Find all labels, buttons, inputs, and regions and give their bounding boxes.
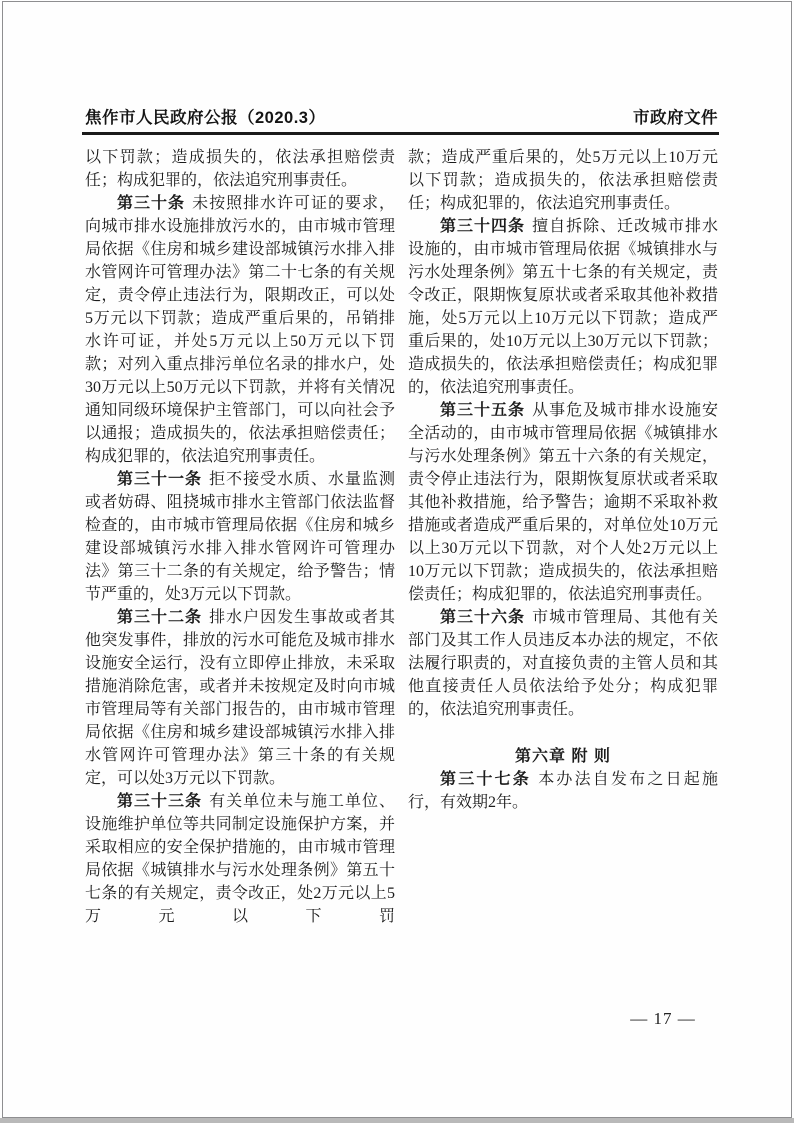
- body-paragraph: 第三十四条擅自拆除、迁改城市排水设施的，由市城市管理局依据《城镇排水与污水处理条…: [408, 215, 718, 399]
- header-rule: [82, 132, 719, 135]
- body-paragraph: 第三十三条有关单位未与施工单位、设施维护单位等共同制定设施保护方案，并采取相应的…: [85, 790, 395, 928]
- article-number: 第三十四条: [440, 218, 525, 235]
- document-page: 焦作市人民政府公报（2020.3） 市政府文件 以下罚款；造成损失的，依法承担赔…: [0, 0, 794, 1123]
- article-number: 第三十二条: [117, 609, 202, 626]
- article-number: 第三十三条: [117, 793, 202, 810]
- article-number: 第三十条: [117, 195, 185, 212]
- content-columns: 以下罚款；造成损失的，依法承担赔偿责任；构成犯罪的，依法追究刑事责任。第三十条未…: [85, 146, 718, 928]
- article-number: 第三十七条: [440, 771, 531, 788]
- body-paragraph: 第三十一条拒不接受水质、水量监测或者妨碍、阻挠城市排水主管部门依法监督检查的，由…: [85, 468, 395, 606]
- body-paragraph: 以下罚款；造成损失的，依法承担赔偿责任；构成犯罪的，依法追究刑事责任。: [85, 146, 395, 192]
- chapter-heading: 第六章 附 则: [408, 745, 718, 768]
- gazette-title: 焦作市人民政府公报（2020.3）: [85, 104, 325, 128]
- body-paragraph: 第三十五条从事危及城市排水设施安全活动的，由市城市管理局依据《城镇排水与污水处理…: [408, 399, 718, 606]
- body-paragraph: 第三十六条市城市管理局、其他有关部门及其工作人员违反本办法的规定，不依法履行职责…: [408, 606, 718, 721]
- running-head: 焦作市人民政府公报（2020.3） 市政府文件: [85, 104, 718, 128]
- scan-bottom-edge: [0, 1118, 794, 1123]
- page-number: — 17 —: [628, 1009, 698, 1029]
- right-column: 款；造成严重后果的，处5万元以上10万元以下罚款；造成损失的，依法承担赔偿责任；…: [408, 146, 718, 928]
- section-label: 市政府文件: [633, 104, 718, 128]
- body-paragraph: 第三十二条排水户因发生事故或者其他突发事件，排放的污水可能危及城市排水设施安全运…: [85, 606, 395, 790]
- article-number: 第三十五条: [440, 402, 525, 419]
- body-paragraph: 第三十七条本办法自发布之日起施行，有效期2年。: [408, 768, 718, 814]
- body-paragraph: 第三十条未按照排水许可证的要求，向城市排水设施排放污水的，由市城市管理局依据《住…: [85, 192, 395, 468]
- article-number: 第三十一条: [117, 471, 202, 488]
- body-paragraph: 款；造成严重后果的，处5万元以上10万元以下罚款；造成损失的，依法承担赔偿责任；…: [408, 146, 718, 215]
- left-column: 以下罚款；造成损失的，依法承担赔偿责任；构成犯罪的，依法追究刑事责任。第三十条未…: [85, 146, 395, 928]
- article-number: 第三十六条: [440, 609, 525, 626]
